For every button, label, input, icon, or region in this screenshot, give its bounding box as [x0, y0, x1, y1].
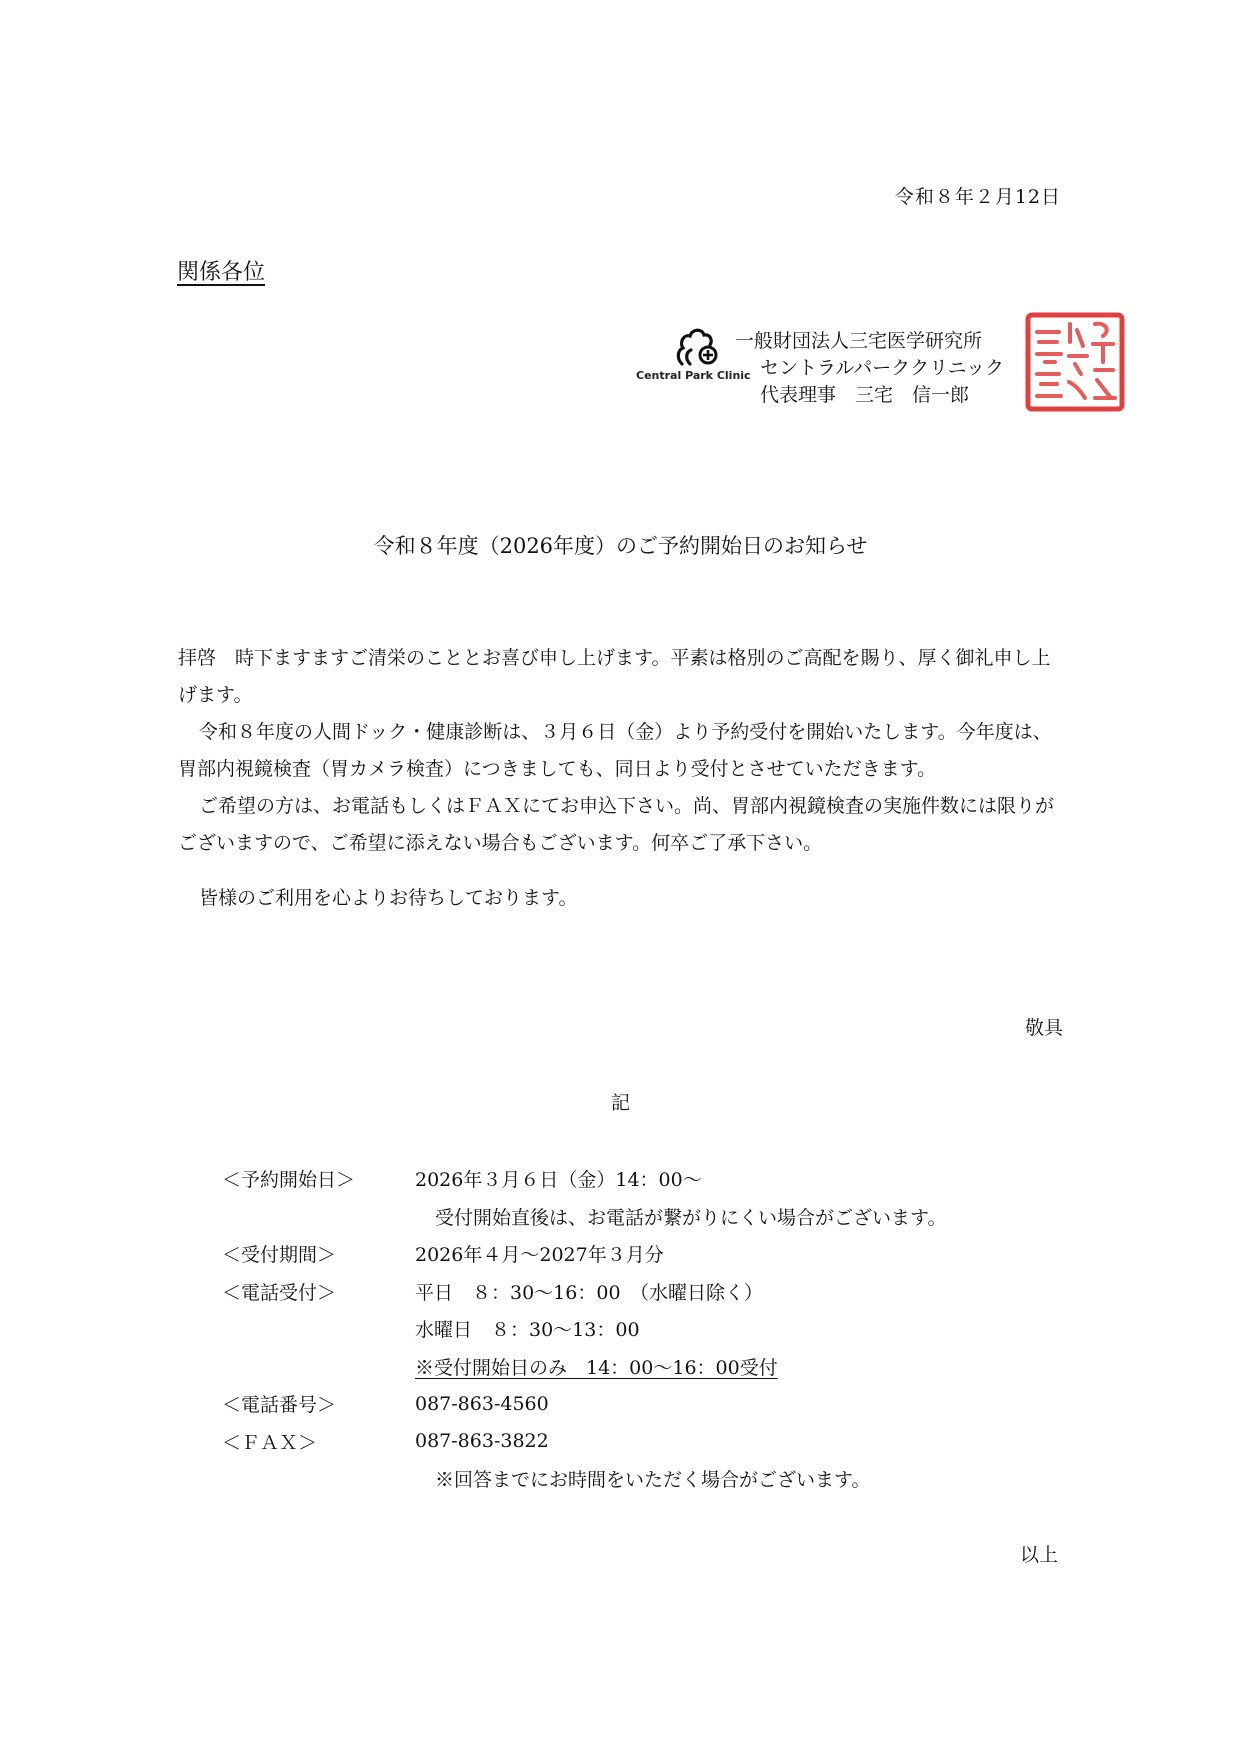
logo-text: Central Park Clinic	[636, 369, 751, 382]
fax-number: 087-863-3822	[415, 1430, 549, 1452]
detail-row: ＜受付期間＞ 2026年４月～2027年３月分	[222, 1235, 946, 1273]
phone-number: 087-863-4560	[415, 1393, 549, 1415]
detail-note: 受付開始直後は、お電話が繋がりにくい場合がございます。	[415, 1203, 946, 1230]
reservation-paragraph: 令和８年度の人間ドック・健康診断は、３月６日（金）より予約受付を開始いたします。…	[178, 714, 1063, 788]
letter-body: 拝啓 時下ますますご清栄のこととお喜び申し上げます。平素は格別のご高配を賜り、厚…	[178, 640, 1063, 917]
detail-row: 水曜日 ８：30～13：00	[222, 1310, 946, 1348]
detail-label: ＜ＦＡＸ＞	[222, 1428, 415, 1455]
detail-row: ＜ＦＡＸ＞ 087-863-3822	[222, 1423, 946, 1461]
sender-representative: 代表理事 三宅 信一郎	[760, 382, 1004, 409]
detail-row: ※回答までにお時間をいただく場合がございます。	[222, 1460, 946, 1498]
detail-value: 2026年４月～2027年３月分	[415, 1240, 664, 1267]
detail-row: ＜電話番号＞ 087-863-4560	[222, 1385, 946, 1423]
closing-keigu: 敬具	[1025, 1013, 1063, 1040]
sender-organization: 一般財団法人三宅医学研究所	[735, 328, 1004, 355]
sender-block: 一般財団法人三宅医学研究所 セントラルパーククリニック 代表理事 三宅 信一郎	[740, 328, 1004, 409]
detail-label: ＜電話番号＞	[222, 1390, 415, 1417]
detail-value: 平日 ８：30～16：00 （水曜日除く）	[415, 1278, 763, 1305]
greeting-paragraph: 拝啓 時下ますますご清栄のこととお喜び申し上げます。平素は格別のご高配を賜り、厚…	[178, 640, 1063, 714]
detail-row: ＜予約開始日＞ 2026年３月６日（金）14：00～	[222, 1160, 946, 1198]
ki-heading: 記	[0, 1088, 1241, 1115]
detail-row: 受付開始直後は、お電話が繋がりにくい場合がございます。	[222, 1198, 946, 1236]
details-list: ＜予約開始日＞ 2026年３月６日（金）14：00～ 受付開始直後は、お電話が繋…	[222, 1160, 946, 1498]
sender-clinic: セントラルパーククリニック	[760, 355, 1004, 382]
detail-label: ＜受付期間＞	[222, 1240, 415, 1267]
detail-label: ＜電話受付＞	[222, 1278, 415, 1305]
closing-paragraph: 皆様のご利用を心よりお待ちしております。	[178, 880, 1063, 917]
detail-label: ＜予約開始日＞	[222, 1165, 415, 1192]
document-date: 令和８年２月12日	[895, 182, 1061, 209]
detail-value: 2026年３月６日（金）14：00～	[415, 1165, 702, 1192]
detail-row: ※受付開始日のみ 14：00～16：00受付	[222, 1348, 946, 1386]
detail-note: ※回答までにお時間をいただく場合がございます。	[415, 1465, 870, 1492]
addressee: 関係各位	[177, 255, 265, 286]
detail-value: 水曜日 ８：30～13：00	[415, 1315, 640, 1342]
detail-row: ＜電話受付＞ 平日 ８：30～16：00 （水曜日除く）	[222, 1273, 946, 1311]
tree-cross-icon	[676, 326, 720, 368]
detail-value-underlined: ※受付開始日のみ 14：00～16：00受付	[415, 1353, 778, 1380]
application-paragraph: ご希望の方は、お電話もしくはＦＡＸにてお申込下さい。尚、胃部内視鏡検査の実施件数…	[178, 788, 1063, 862]
notice-title: 令和８年度（2026年度）のご予約開始日のお知らせ	[0, 530, 1241, 560]
seal-stamp-icon	[1025, 312, 1125, 412]
end-mark: 以上	[1020, 1540, 1058, 1567]
